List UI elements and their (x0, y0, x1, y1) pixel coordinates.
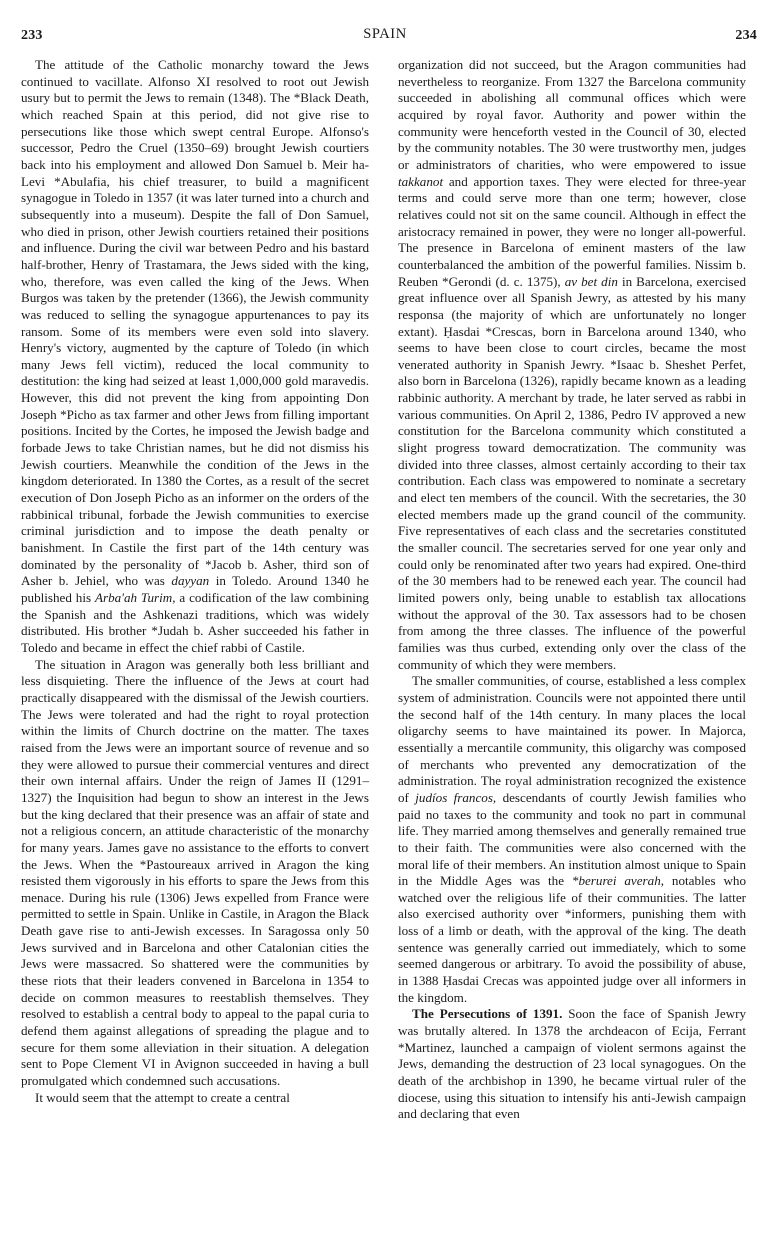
paragraph-text: It would seem that the attempt to create… (35, 1090, 290, 1105)
italic-term: judíos francos, (415, 790, 496, 805)
paragraph-barcelona: organization did not succeed, but the Ar… (398, 57, 746, 673)
right-column: organization did not succeed, but the Ar… (398, 57, 746, 1123)
italic-term: takkanot (398, 174, 443, 189)
left-column: The attitude of the Catholic monarchy to… (21, 57, 369, 1106)
paragraph-aragon: The situation in Aragon was generally bo… (21, 657, 369, 1090)
paragraph-text: The situation in Aragon was generally bo… (21, 657, 369, 1088)
paragraph-text: and apportion taxes. They were elected f… (398, 174, 746, 289)
paragraph-text: The smaller communities, of course, esta… (398, 673, 746, 805)
paragraph-text: The attitude of the Catholic monarchy to… (21, 57, 369, 588)
section-heading: The Persecutions of 1391. (412, 1006, 562, 1021)
right-page-number: 234 (735, 28, 757, 44)
italic-term: *berurei averah, (572, 873, 664, 888)
italic-term: dayyan (171, 573, 209, 588)
paragraph-persecutions-1391: The Persecutions of 1391. Soon the face … (398, 1006, 746, 1123)
paragraph-text: notables who watched over the religious … (398, 873, 746, 1005)
paragraph-smaller-communities: The smaller communities, of course, esta… (398, 673, 746, 1006)
running-title: SPAIN (0, 26, 770, 43)
paragraph-central-body: It would seem that the attempt to create… (21, 1090, 369, 1107)
page-header: 233 SPAIN 234 (0, 0, 770, 40)
paragraph-text: in Barcelona, exercised great influence … (398, 274, 746, 672)
paragraph-text: organization did not succeed, but the Ar… (398, 57, 746, 172)
paragraph-text: Soon the face of Spanish Jewry was bruta… (398, 1006, 746, 1121)
italic-term: av bet din (565, 274, 618, 289)
italic-title: Arba'ah Turim, (95, 590, 176, 605)
paragraph-castile: The attitude of the Catholic monarchy to… (21, 57, 369, 657)
